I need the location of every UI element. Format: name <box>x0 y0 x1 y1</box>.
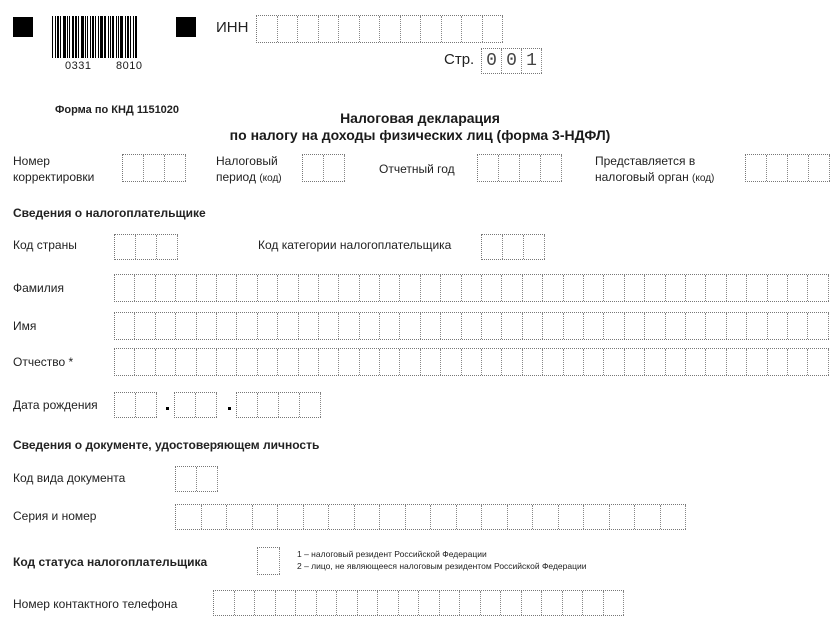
barcode-bar <box>60 16 61 58</box>
input-cell[interactable] <box>808 349 828 375</box>
input-cell[interactable] <box>522 591 543 615</box>
surname-label: Фамилия <box>13 280 64 296</box>
barcode-bar <box>125 16 126 58</box>
input-cell[interactable] <box>214 591 235 615</box>
input-cell[interactable] <box>237 349 257 375</box>
input-cell[interactable] <box>156 313 176 339</box>
input-cell[interactable] <box>483 16 504 42</box>
input-cell[interactable] <box>237 275 257 301</box>
input-cell[interactable] <box>481 591 502 615</box>
barcode-bar <box>90 16 91 58</box>
barcode-bar <box>130 16 131 58</box>
input-cell[interactable] <box>299 349 319 375</box>
barcode-bar <box>120 16 123 58</box>
barcode-bar <box>57 16 59 58</box>
input-cell[interactable] <box>442 16 463 42</box>
barcode-bar <box>98 16 99 58</box>
input-cell[interactable] <box>400 313 420 339</box>
input-cell[interactable] <box>123 155 144 181</box>
input-cell[interactable] <box>380 349 400 375</box>
input-cell[interactable] <box>296 591 317 615</box>
tax-period-label: Налоговый период (код) <box>216 153 282 187</box>
alignment-marker-right <box>176 17 196 37</box>
input-cell[interactable] <box>337 591 358 615</box>
input-cell[interactable] <box>339 275 359 301</box>
status-option-2: 2 – лицо, не являющееся налоговым резиде… <box>297 561 586 572</box>
input-cell[interactable] <box>380 505 406 529</box>
input-cell[interactable] <box>727 275 747 301</box>
input-cell[interactable] <box>299 275 319 301</box>
input-cell[interactable] <box>462 349 482 375</box>
inn-field[interactable] <box>256 15 503 43</box>
input-cell[interactable] <box>768 275 788 301</box>
input-cell[interactable] <box>482 349 502 375</box>
input-cell[interactable] <box>278 313 298 339</box>
input-cell[interactable] <box>563 591 584 615</box>
input-cell[interactable] <box>257 16 278 42</box>
input-cell[interactable] <box>584 505 610 529</box>
input-cell[interactable] <box>360 349 380 375</box>
barcode-bar <box>127 16 129 58</box>
input-cell[interactable] <box>358 591 379 615</box>
input-cell[interactable] <box>462 16 483 42</box>
input-cell[interactable] <box>503 235 524 259</box>
barcode-bar <box>116 16 117 58</box>
input-cell[interactable] <box>788 155 809 181</box>
barcode-bar <box>110 16 111 58</box>
input-cell[interactable] <box>355 505 381 529</box>
input-cell[interactable] <box>543 349 563 375</box>
input-cell[interactable] <box>502 313 522 339</box>
patronymic-field[interactable] <box>114 348 829 376</box>
input-cell[interactable] <box>645 313 665 339</box>
input-cell[interactable] <box>339 313 359 339</box>
barcode-bar <box>100 16 103 58</box>
input-cell[interactable] <box>304 505 330 529</box>
input-cell[interactable] <box>440 591 461 615</box>
input-cell[interactable] <box>202 505 228 529</box>
input-cell[interactable] <box>462 275 482 301</box>
input-cell[interactable] <box>661 505 687 529</box>
input-cell[interactable] <box>482 275 502 301</box>
input-cell[interactable]: 0 <box>502 49 522 73</box>
input-cell[interactable] <box>747 313 767 339</box>
input-cell[interactable] <box>197 275 217 301</box>
input-cell[interactable] <box>406 505 432 529</box>
input-cell[interactable] <box>788 349 808 375</box>
input-cell[interactable] <box>604 275 624 301</box>
input-cell[interactable] <box>258 349 278 375</box>
input-cell[interactable] <box>324 155 345 181</box>
taxpayer-category-label: Код категории налогоплательщика <box>258 237 451 253</box>
birth-month-field[interactable] <box>174 392 217 418</box>
input-cell[interactable] <box>253 505 279 529</box>
input-cell[interactable] <box>399 591 420 615</box>
input-cell[interactable] <box>278 16 299 42</box>
barcode-bar <box>67 16 68 58</box>
input-cell[interactable] <box>319 349 339 375</box>
input-cell[interactable] <box>441 313 461 339</box>
barcode-bar <box>85 16 86 58</box>
input-cell[interactable] <box>482 505 508 529</box>
input-cell[interactable] <box>319 275 339 301</box>
input-cell[interactable] <box>768 313 788 339</box>
country-code-field[interactable] <box>114 234 178 260</box>
input-cell[interactable] <box>380 16 401 42</box>
date-separator-dot <box>166 407 169 410</box>
input-cell[interactable]: 0 <box>482 49 502 73</box>
input-cell[interactable] <box>523 275 543 301</box>
input-cell[interactable] <box>706 313 726 339</box>
input-cell[interactable] <box>317 591 338 615</box>
input-cell[interactable] <box>319 16 340 42</box>
input-cell[interactable] <box>746 155 767 181</box>
input-cell[interactable] <box>115 349 135 375</box>
input-cell[interactable] <box>645 275 665 301</box>
input-cell[interactable] <box>258 393 279 417</box>
input-cell[interactable] <box>176 349 196 375</box>
barcode-number-2: 8010 <box>116 60 142 72</box>
barcode-bar <box>63 16 66 58</box>
input-cell[interactable] <box>462 313 482 339</box>
barcode <box>52 16 138 58</box>
barcode-bar <box>78 16 79 58</box>
barcode-bar <box>133 16 134 58</box>
input-cell[interactable] <box>559 505 585 529</box>
input-cell[interactable] <box>197 313 217 339</box>
input-cell[interactable] <box>360 313 380 339</box>
input-cell[interactable] <box>645 349 665 375</box>
input-cell[interactable] <box>135 313 155 339</box>
input-cell[interactable] <box>197 467 218 491</box>
input-cell[interactable] <box>502 275 522 301</box>
input-cell[interactable] <box>227 505 253 529</box>
input-cell[interactable] <box>279 393 300 417</box>
series-number-field[interactable] <box>175 504 686 530</box>
input-cell[interactable] <box>237 313 257 339</box>
alignment-marker-left <box>13 17 33 37</box>
input-cell[interactable] <box>788 313 808 339</box>
input-cell[interactable] <box>808 275 828 301</box>
phone-label: Номер контактного телефона <box>13 596 177 612</box>
input-cell[interactable] <box>115 313 135 339</box>
input-cell[interactable] <box>299 313 319 339</box>
input-cell[interactable] <box>441 349 461 375</box>
input-cell[interactable] <box>604 591 625 615</box>
input-cell[interactable] <box>686 313 706 339</box>
input-cell[interactable] <box>319 313 339 339</box>
input-cell[interactable] <box>533 505 559 529</box>
input-cell[interactable] <box>380 313 400 339</box>
surname-field[interactable] <box>114 274 829 302</box>
input-cell[interactable] <box>706 275 726 301</box>
input-cell[interactable] <box>604 313 624 339</box>
barcode-bar <box>69 16 70 58</box>
report-year-field[interactable] <box>477 154 562 182</box>
input-cell[interactable] <box>378 591 399 615</box>
page-number-field[interactable]: 001 <box>481 48 542 74</box>
input-cell[interactable] <box>478 155 499 181</box>
first-name-label: Имя <box>13 318 36 334</box>
phone-field[interactable] <box>213 590 624 616</box>
input-cell[interactable] <box>217 275 237 301</box>
input-cell[interactable] <box>303 155 324 181</box>
input-cell[interactable] <box>564 275 584 301</box>
input-cell[interactable] <box>666 275 686 301</box>
barcode-bar <box>108 16 109 58</box>
input-cell[interactable] <box>237 393 258 417</box>
birthdate-label: Дата рождения <box>13 397 98 413</box>
input-cell[interactable] <box>278 505 304 529</box>
input-cell[interactable] <box>115 393 136 417</box>
input-cell[interactable] <box>523 313 543 339</box>
input-cell[interactable] <box>543 275 563 301</box>
status-option-1: 1 – налоговый резидент Российской Федера… <box>297 549 487 560</box>
taxpayer-section-title: Сведения о налогоплательщике <box>13 205 206 221</box>
correction-number-field[interactable] <box>122 154 186 182</box>
barcode-bar <box>72 16 74 58</box>
input-cell[interactable] <box>258 548 280 574</box>
input-cell[interactable] <box>625 349 645 375</box>
form-title-line-2: по налогу на доходы физических лиц (форм… <box>0 127 840 144</box>
input-cell[interactable] <box>217 349 237 375</box>
barcode-bar <box>81 16 84 58</box>
input-cell[interactable] <box>421 313 441 339</box>
input-cell[interactable] <box>196 393 217 417</box>
form-title-line-1: Налоговая декларация <box>0 110 840 127</box>
input-cell[interactable] <box>197 349 217 375</box>
input-cell[interactable] <box>808 313 828 339</box>
barcode-number-1: 0331 <box>65 60 91 72</box>
input-cell[interactable] <box>165 155 186 181</box>
input-cell[interactable] <box>360 16 381 42</box>
input-cell[interactable] <box>135 349 155 375</box>
patronymic-label: Отчество * <box>13 354 73 370</box>
barcode-bar <box>112 16 114 58</box>
input-cell[interactable] <box>329 505 355 529</box>
document-section-title: Сведения о документе, удостоверяющем лич… <box>13 437 319 453</box>
input-cell[interactable] <box>176 467 197 491</box>
input-cell[interactable] <box>115 235 136 259</box>
input-cell[interactable] <box>482 313 502 339</box>
barcode-bar <box>118 16 119 58</box>
input-cell[interactable] <box>727 313 747 339</box>
input-cell[interactable] <box>400 275 420 301</box>
input-cell[interactable] <box>457 505 483 529</box>
tax-period-field[interactable] <box>302 154 345 182</box>
input-cell[interactable] <box>157 235 178 259</box>
input-cell[interactable] <box>421 275 441 301</box>
input-cell[interactable] <box>564 349 584 375</box>
input-cell[interactable] <box>686 349 706 375</box>
input-cell[interactable] <box>136 235 157 259</box>
barcode-bar <box>87 16 88 58</box>
taxpayer-status-label: Код статуса налогоплательщика <box>13 554 207 570</box>
page-label: Стр. <box>444 52 474 68</box>
input-cell[interactable] <box>278 349 298 375</box>
input-cell[interactable] <box>235 591 256 615</box>
input-cell[interactable] <box>421 349 441 375</box>
input-cell[interactable] <box>666 313 686 339</box>
input-cell[interactable] <box>298 16 319 42</box>
input-cell[interactable] <box>217 313 237 339</box>
input-cell[interactable] <box>809 155 830 181</box>
birth-day-field[interactable] <box>114 392 157 418</box>
input-cell[interactable] <box>401 16 422 42</box>
input-cell[interactable] <box>584 275 604 301</box>
input-cell[interactable] <box>175 393 196 417</box>
input-cell[interactable] <box>431 505 457 529</box>
barcode-bar <box>95 16 96 58</box>
input-cell[interactable] <box>584 349 604 375</box>
tax-authority-field[interactable] <box>745 154 830 182</box>
taxpayer-status-field[interactable] <box>257 547 280 575</box>
input-cell[interactable] <box>176 275 196 301</box>
input-cell[interactable] <box>666 349 686 375</box>
input-cell[interactable] <box>176 505 202 529</box>
input-cell[interactable] <box>278 275 298 301</box>
inn-label: ИНН <box>216 20 248 36</box>
input-cell[interactable] <box>767 155 788 181</box>
tax-authority-label: Представляется в налоговый орган (код) <box>595 153 714 187</box>
input-cell[interactable] <box>360 275 380 301</box>
input-cell[interactable] <box>499 155 520 181</box>
barcode-bar <box>55 16 56 58</box>
input-cell[interactable]: 1 <box>522 49 542 73</box>
input-cell[interactable] <box>610 505 636 529</box>
input-cell[interactable] <box>604 349 624 375</box>
birth-year-field[interactable] <box>236 392 321 418</box>
input-cell[interactable] <box>144 155 165 181</box>
country-code-label: Код страны <box>13 237 77 253</box>
input-cell[interactable] <box>584 313 604 339</box>
input-cell[interactable] <box>543 313 563 339</box>
input-cell[interactable] <box>380 275 400 301</box>
date-separator-dot <box>228 407 231 410</box>
input-cell[interactable] <box>541 155 562 181</box>
input-cell[interactable] <box>176 313 196 339</box>
input-cell[interactable] <box>524 235 545 259</box>
report-year-label: Отчетный год <box>379 161 455 177</box>
input-cell[interactable] <box>502 349 522 375</box>
input-cell[interactable] <box>482 235 503 259</box>
barcode-bar <box>135 16 137 58</box>
input-cell[interactable] <box>115 275 135 301</box>
input-cell[interactable] <box>686 275 706 301</box>
input-cell[interactable] <box>339 16 360 42</box>
barcode-bar <box>104 16 106 58</box>
taxpayer-category-field[interactable] <box>481 234 545 260</box>
input-cell[interactable] <box>258 313 278 339</box>
input-cell[interactable] <box>788 275 808 301</box>
input-cell[interactable] <box>625 275 645 301</box>
document-type-field[interactable] <box>175 466 218 492</box>
input-cell[interactable] <box>300 393 321 417</box>
input-cell[interactable] <box>258 275 278 301</box>
input-cell[interactable] <box>625 313 645 339</box>
input-cell[interactable] <box>255 591 276 615</box>
input-cell[interactable] <box>501 591 522 615</box>
input-cell[interactable] <box>419 591 440 615</box>
input-cell[interactable] <box>156 349 176 375</box>
input-cell[interactable] <box>583 591 604 615</box>
input-cell[interactable] <box>747 275 767 301</box>
input-cell[interactable] <box>276 591 297 615</box>
input-cell[interactable] <box>156 275 176 301</box>
input-cell[interactable] <box>135 275 155 301</box>
input-cell[interactable] <box>520 155 541 181</box>
input-cell[interactable] <box>460 591 481 615</box>
input-cell[interactable] <box>542 591 563 615</box>
series-number-label: Серия и номер <box>13 508 96 524</box>
input-cell[interactable] <box>339 349 359 375</box>
barcode-bar <box>52 16 53 58</box>
input-cell[interactable] <box>747 349 767 375</box>
input-cell[interactable] <box>400 349 420 375</box>
input-cell[interactable] <box>136 393 157 417</box>
input-cell[interactable] <box>508 505 534 529</box>
input-cell[interactable] <box>421 16 442 42</box>
input-cell[interactable] <box>523 349 543 375</box>
input-cell[interactable] <box>706 349 726 375</box>
input-cell[interactable] <box>727 349 747 375</box>
barcode-bar <box>92 16 94 58</box>
first-name-field[interactable] <box>114 312 829 340</box>
input-cell[interactable] <box>768 349 788 375</box>
input-cell[interactable] <box>635 505 661 529</box>
input-cell[interactable] <box>564 313 584 339</box>
document-type-label: Код вида документа <box>13 470 125 486</box>
input-cell[interactable] <box>441 275 461 301</box>
correction-number-label: Номер корректировки <box>13 153 94 185</box>
barcode-bar <box>75 16 77 58</box>
